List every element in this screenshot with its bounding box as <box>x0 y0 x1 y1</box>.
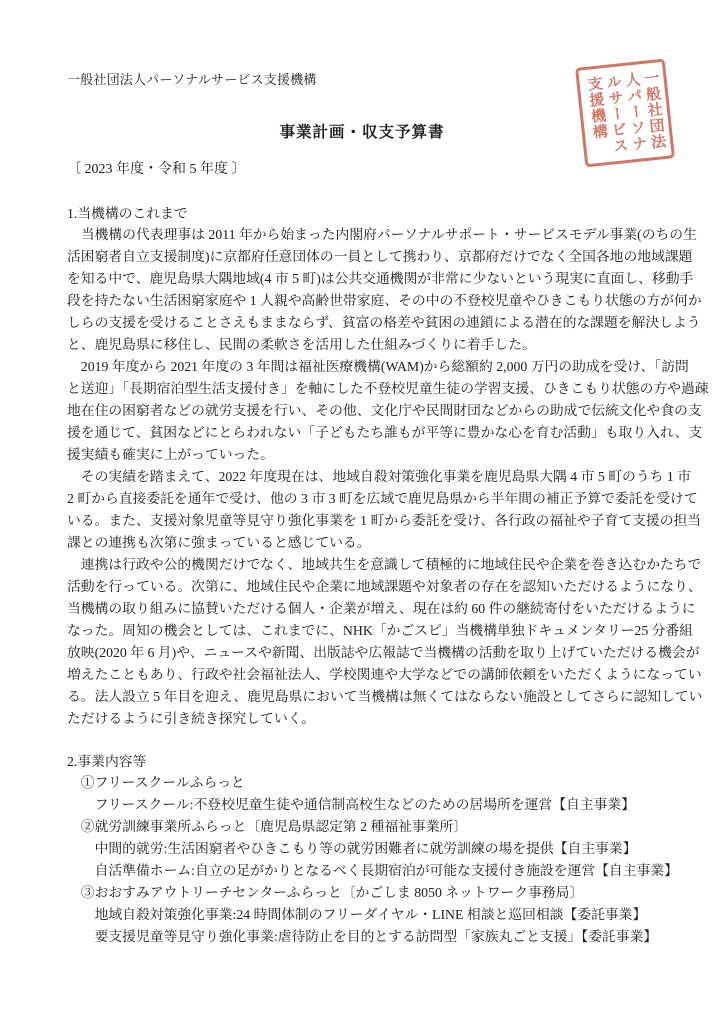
body-text-line: 段を持たない生活困窮家庭や 1 人親や高齢世帯家庭、その中の不登校児童やひきこも… <box>67 290 659 312</box>
body-text-line: 援実績も確実に上がっていった。 <box>67 444 659 466</box>
seal-text: 一般社団法人パーソナルサービス支援機構 <box>583 69 667 157</box>
body-text-line: いる。また、支援対象児童等見守り強化事業を 1 町から委託を受け、各行政の福祉や… <box>67 510 659 532</box>
body-text-line: 2019 年度から 2021 年度の 3 年間は福祉医療機構(WAM)から総額約… <box>67 356 659 378</box>
body-text-line: 連携は行政や公的機関だけでなく、地域共生を意識して積極的に地域住民や企業を巻き込… <box>67 554 659 576</box>
body-text-line: 当機構の代表理事は 2011 年から始まった内閣府パーソナルサポート・サービスモ… <box>67 224 659 246</box>
body-text-line: しらの支援を受けることさえもままならず、貧富の格差や貧困の連鎖による潜在的な課題… <box>67 312 659 334</box>
fiscal-year-label: 〔 2023 年度・令和 5 年度 〕 <box>67 158 246 178</box>
body-text-line: と、鹿児島県に移住し、民間の柔軟さを活用した仕組みづくりに着手した。 <box>67 334 659 356</box>
body-text-line: 当機構の取り組みに協賛いただける個人・企業が増え、現在は約 60 件の継続寄付を… <box>67 598 659 620</box>
body-text-line: 活動を行っている。次第に、地域住民や企業に地域課題や対象者の存在を認知いただける… <box>67 576 659 598</box>
body-text-line: ③おおすみアウトリーチセンターふらっと〔かごしま 8050 ネットワーク事務局〕 <box>67 882 659 904</box>
body-text-line: と送迎」「長期宿泊型生活支援付き」を軸にした不登校児童生徒の学習支援、ひきこもり… <box>67 378 659 400</box>
section1-heading: 1.当機構のこれまで <box>67 202 188 222</box>
body-text-line: 放映(2020 年 6 月)や、ニュースや新聞、出版誌や広報誌で当機構の活動を取… <box>67 642 659 664</box>
body-text-line: 中間的就労:生活困窮者やひきこもり等の就労困難者に就労訓練の場を提供【自主事業】 <box>67 838 659 860</box>
body-text-line: フリースクール:不登校児童生徒や通信制高校生などのための居場所を運営【自主事業】 <box>67 794 659 816</box>
body-text-line: 要支援児童等見守り強化事業:虐待防止を目的とする訪問型「家族丸ごと支援」【委託事… <box>67 926 659 948</box>
body-text-line: 自活準備ホーム:自立の足がかりとなるべく長期宿泊が可能な支援付き施設を運営【自主… <box>67 860 659 882</box>
body-text-line: ただけるように引き続き探究していく。 <box>67 708 659 730</box>
body-text-line: 2 町から直接委託を通年で受け、他の 3 市 3 町を広域で鹿児島県から半年間の… <box>67 488 659 510</box>
body-text-line: 課との連携も次第に強まっていると感じている。 <box>67 532 659 554</box>
document-title: 事業計画・収支予算書 <box>0 120 724 142</box>
body-text-line: 地域自殺対策強化事業:24 時間体制のフリーダイヤル・LINE 相談と巡回相談【… <box>67 904 659 926</box>
body-text-line: ①フリースクールふらっと <box>67 772 659 794</box>
section2-body: ①フリースクールふらっと フリースクール:不登校児童生徒や通信制高校生などのため… <box>67 772 659 948</box>
body-text-line: なった。周知の機会としては、これまでに、NHK「かごスピ」当機構単独ドキュメンタ… <box>67 620 659 642</box>
body-text-line: 地在住の困窮者などの就労支援を行い、その他、文化庁や民間財団などからの助成で伝統… <box>67 400 659 422</box>
section1-body: 当機構の代表理事は 2011 年から始まった内閣府パーソナルサポート・サービスモ… <box>67 224 659 730</box>
body-text-line: る。法人設立 5 年目を迎え、鹿児島県において当機構は無くてはならない施設として… <box>67 686 659 708</box>
organization-name: 一般社団法人パーソナルサービス支援機構 <box>67 69 317 88</box>
body-text-line: ②就労訓練事業所ふらっと〔鹿児島県認定第 2 種福祉事業所〕 <box>67 816 659 838</box>
section2-heading: 2.事業内容等 <box>67 750 146 770</box>
body-text-line: 増えたこともあり、行政や社会福祉法人、学校関連や大学などでの講師依頼をいただくよ… <box>67 664 659 686</box>
organization-seal-stamp: 一般社団法人パーソナルサービス支援機構 <box>575 59 675 168</box>
body-text-line: 活困窮者自立支援制度)に京都府任意団体の一員として携わり、京都府だけでなく全国各… <box>67 246 659 268</box>
document-page: 一般社団法人パーソナルサービス支援機構 一般社団法人パーソナルサービス支援機構 … <box>0 0 724 1024</box>
body-text-line: を知る中で、鹿児島県大隅地域(4 市 5 町)は公共交通機関が非常に少ないという… <box>67 268 659 290</box>
body-text-line: 援を通じて、貧困などにとらわれない「子どもたち誰もが平等に豊かな心を育む活動」も… <box>67 422 659 444</box>
body-text-line: その実績を踏まえて、2022 年度現在は、地域自殺対策強化事業を鹿児島県大隅 4… <box>67 466 659 488</box>
